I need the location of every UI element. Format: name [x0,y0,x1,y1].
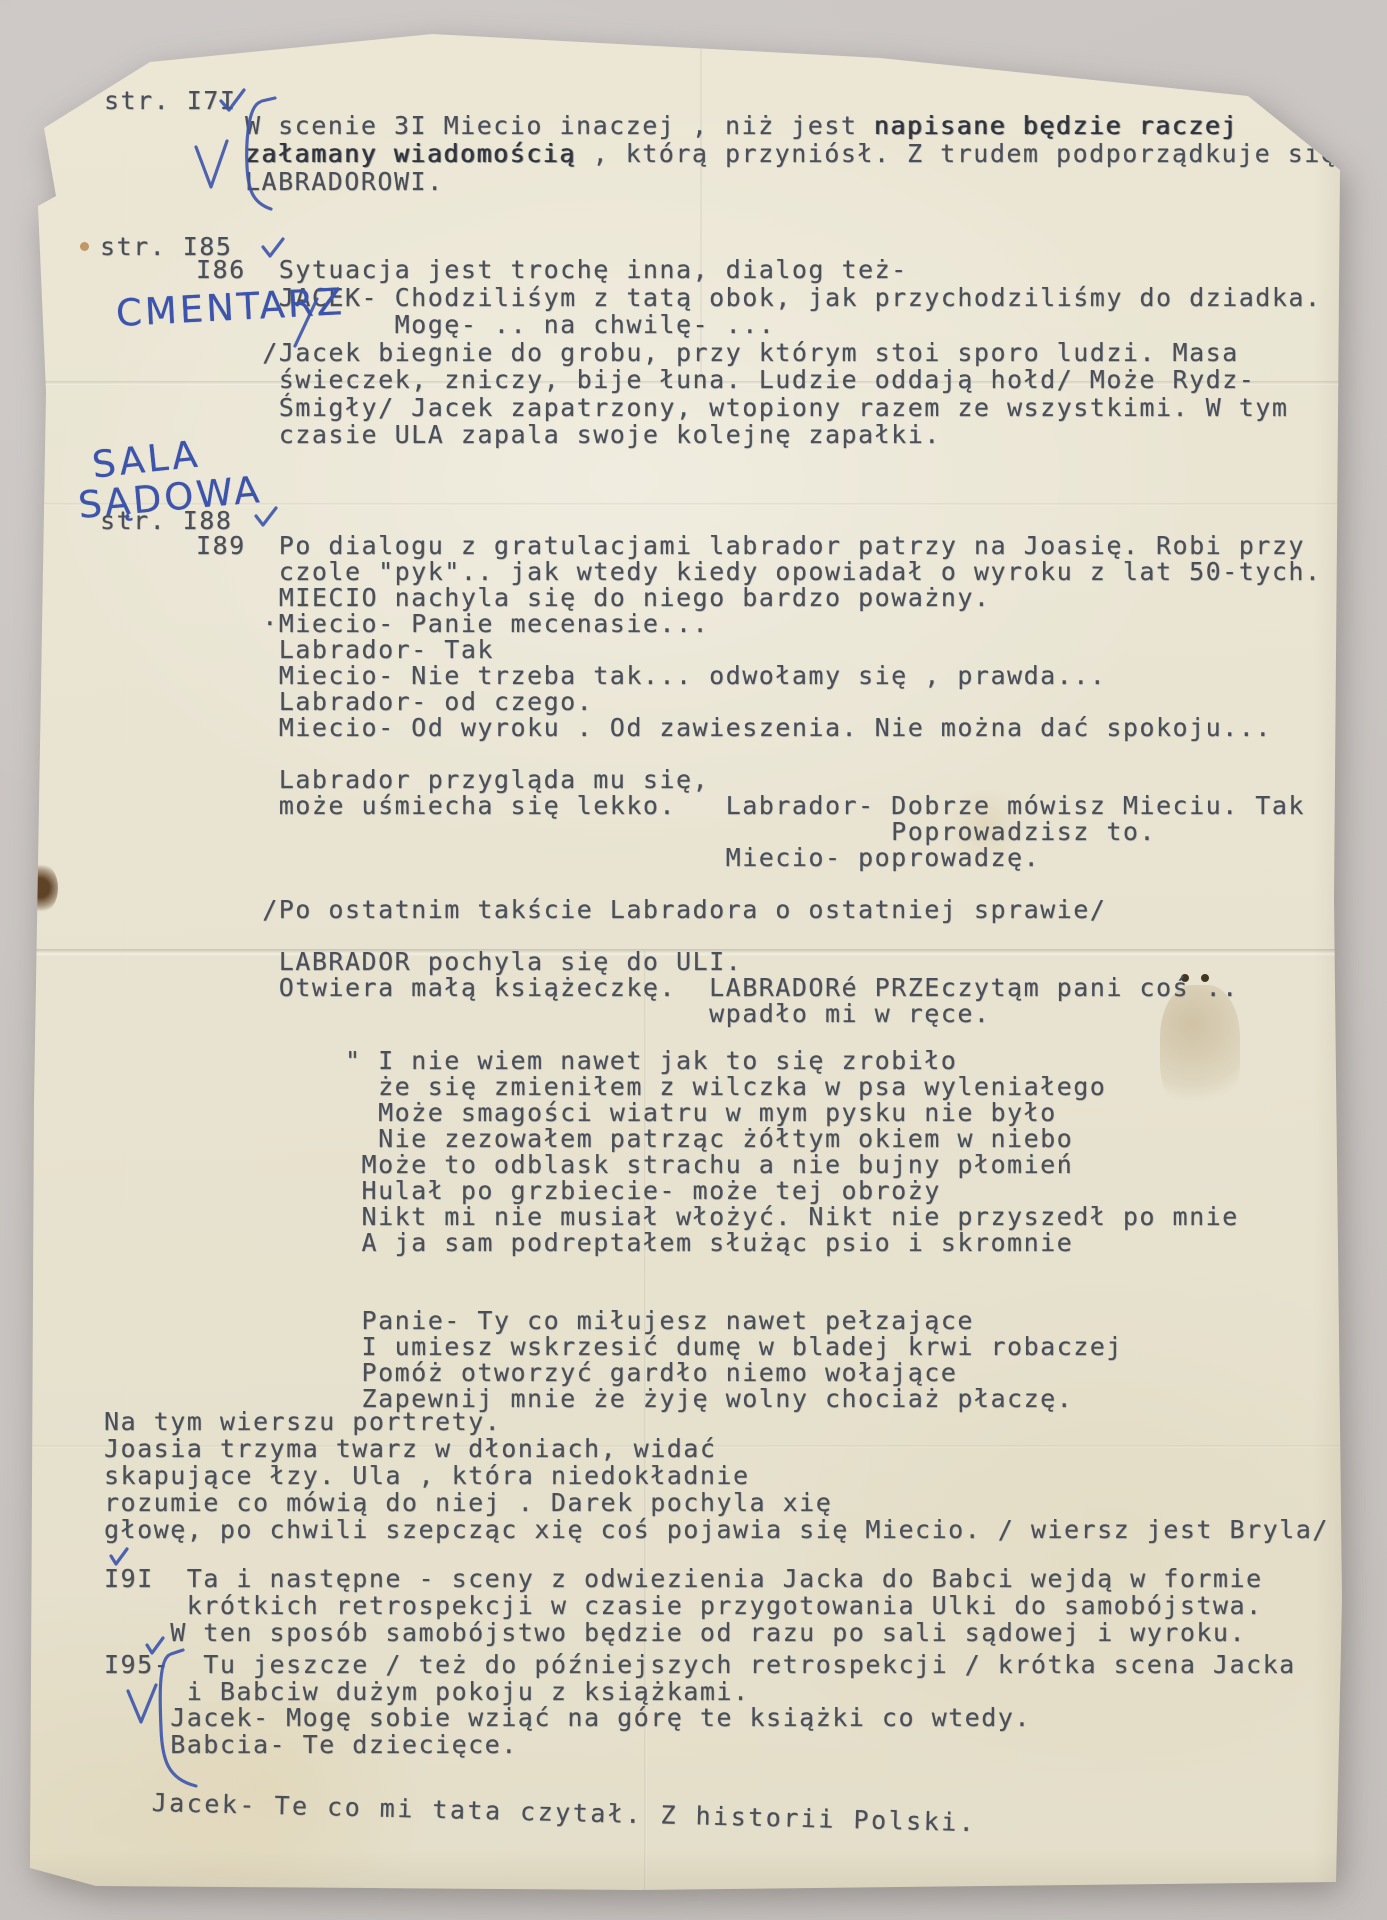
note-171-line1-heavy: napisane będzie raczej [874,111,1238,140]
stain-dot-left [80,242,89,251]
checkmark-above-191 [111,1549,127,1564]
typewritten-page: str. I7I W scenie 3I Miecio inaczej , ni… [0,0,1387,1920]
paper-shadow: str. I7I W scenie 3I Miecio inaczej , ni… [0,0,1387,1920]
final-dialogue-line: Jacek- Te co mi tata czytał. Z historii … [151,1788,976,1837]
note-171-line2-normal: , którą przyniósł. Z trudem podporządkuj… [576,139,1337,168]
portraits-note-block: Na tym wierszu portrety. Joasia trzyma t… [104,1408,1329,1543]
pencil-page-number: 3 [1000,21,1036,81]
poem-block: " I nie wiem nawet jak to się zrobiło że… [196,1048,1239,1412]
scan-background: str. I7I W scenie 3I Miecio inaczej , ni… [0,0,1387,1920]
page-ref-171: str. I7I [104,86,236,115]
note-195-block: I95- Tu jeszcze / też do późniejszych re… [104,1652,1296,1758]
note-171: W scenie 3I Miecio inaczej , niż jest na… [245,112,1337,196]
stain-blob-left-edge [22,862,58,914]
note-191-block: I9I Ta i następne - sceny z odwiezienia … [104,1565,1263,1646]
note-171-line1: W scenie 3I Miecio inaczej , niż jest na… [245,112,1337,140]
v-mark-171 [196,141,227,187]
note-171-line2-heavy: załamany wiadomością [245,139,576,168]
note-171-line1-normal: W scenie 3I Miecio inaczej , niż jest [245,111,874,140]
note-171-line3: LABRADOROWI. [245,168,1337,196]
note-188-block: I89 Po dialogu z gratulacjami labrador p… [196,533,1322,1027]
bracket-171-hook [262,98,275,101]
note-171-line2: załamany wiadomością , którą przyniósł. … [245,140,1337,168]
edge-shade-bottom [30,1850,1350,1892]
checkmark-after-185 [263,239,283,256]
note-185-block: I86 Sytuacja jest trochę inna, dialog te… [196,256,1322,449]
